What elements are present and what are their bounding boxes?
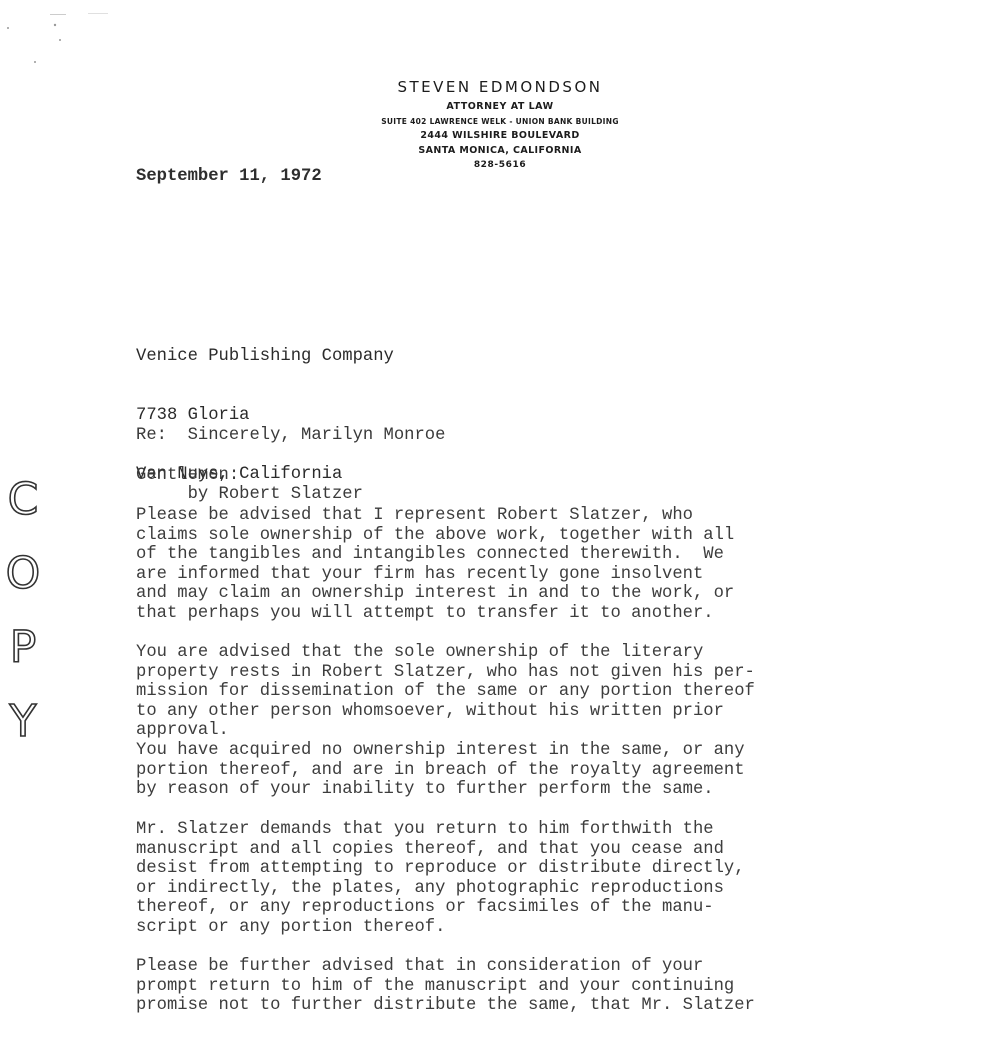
recipient-line: Venice Publishing Company: [136, 347, 394, 367]
attorney-name: STEVEN EDMONDSON: [330, 78, 670, 96]
salutation: Gentlemen:: [136, 466, 239, 486]
office-street: 2444 WILSHIRE BOULEVARD: [330, 130, 670, 141]
stamp-letter: Y: [5, 700, 41, 744]
attorney-title: ATTORNEY AT LAW: [330, 101, 670, 112]
letterhead: STEVEN EDMONDSON ATTORNEY AT LAW SUITE 4…: [330, 78, 670, 170]
letter-date: September 11, 1972: [136, 167, 322, 187]
body-paragraph: Mr. Slatzer demands that you return to h…: [136, 820, 745, 938]
body-paragraph: Please be further advised that in consid…: [136, 957, 755, 1016]
stamp-letter: C: [5, 478, 41, 522]
body-paragraph: You are advised that the sole ownership …: [136, 643, 755, 741]
copy-stamp: C O P Y: [5, 478, 41, 774]
stamp-letter: O: [5, 552, 41, 596]
re-line: Re: Sincerely, Marilyn Monroe: [136, 426, 445, 446]
re-line: by Robert Slatzer: [136, 485, 445, 505]
scan-specks: [0, 0, 160, 80]
office-suite: SUITE 402 LAWRENCE WELK - UNION BANK BUI…: [330, 117, 670, 126]
body-paragraph: You have acquired no ownership interest …: [136, 741, 745, 800]
office-city: SANTA MONICA, CALIFORNIA: [330, 145, 670, 156]
body-paragraph: Please be advised that I represent Rober…: [136, 506, 734, 624]
office-phone: 828-5616: [330, 160, 670, 170]
subject-reference: Re: Sincerely, Marilyn Monroe by Robert …: [136, 387, 445, 524]
stamp-letter: P: [5, 626, 41, 670]
